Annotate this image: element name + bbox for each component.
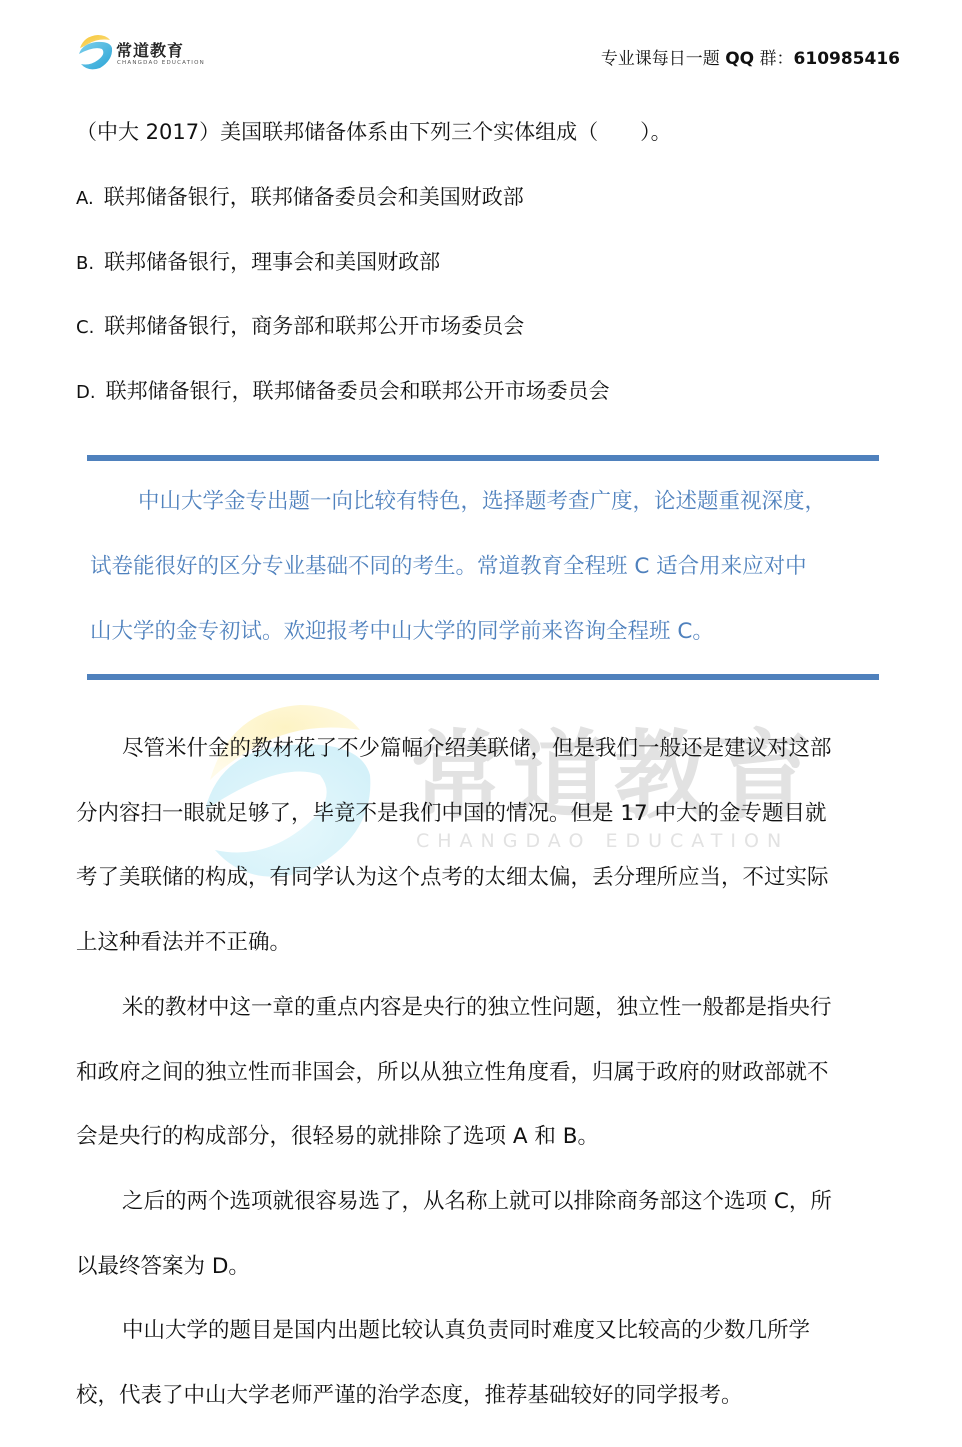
option-letter: D.	[76, 382, 96, 403]
option-text: 联邦储备银行，联邦储备委员会和联邦公开市场委员会	[106, 379, 610, 403]
option-text: 联邦储备银行，商务部和联邦公开市场委员会	[104, 314, 524, 338]
option-d: D.联邦储备银行，联邦储备委员会和联邦公开市场委员会	[76, 375, 610, 405]
analysis-line: 中山大学的题目是国内出题比较认真负责同时难度又比较高的少数几所学	[76, 1313, 810, 1344]
analysis-line: 尽管米什金的教材花了不少篇幅介绍美联储，但是我们一般还是建议对这部	[76, 731, 832, 762]
analysis-line: 米的教材中这一章的重点内容是央行的独立性问题，独立性一般都是指央行	[76, 990, 832, 1021]
callout-line: 试卷能很好的区分专业基础不同的考生。常道教育全程班 C 适合用来应对中	[90, 549, 807, 580]
option-letter: B.	[76, 253, 94, 274]
brand-name-cn: 常道教育	[116, 38, 184, 61]
analysis-line: 之后的两个选项就很容易选了，从名称上就可以排除商务部这个选项 C，所	[76, 1184, 832, 1215]
analysis-line: 分内容扫一眼就足够了，毕竟不是我们中国的情况。但是 17 中大的金专题目就	[76, 796, 827, 827]
brand-logo: 常道教育 CHANGDAO EDUCATION	[76, 32, 206, 74]
option-b: B.联邦储备银行，理事会和美国财政部	[76, 246, 440, 276]
changdao-logo-icon	[76, 32, 114, 72]
analysis-line: 会是央行的构成部分，很轻易的就排除了选项 A 和 B。	[76, 1119, 599, 1150]
callout-top-divider	[87, 455, 879, 461]
option-text: 联邦储备银行，理事会和美国财政部	[104, 250, 440, 274]
option-text: 联邦储备银行，联邦储备委员会和美国财政部	[104, 185, 524, 209]
page-header: 常道教育 CHANGDAO EDUCATION 专业课每日一题 QQ 群：610…	[0, 0, 962, 90]
callout-line: 中山大学金专出题一向比较有特色，选择题考查广度，论述题重视深度，	[138, 484, 826, 515]
qq-group-label: 群：	[754, 49, 793, 69]
option-letter: C.	[76, 317, 94, 338]
qq-label: 专业课每日一题	[601, 49, 725, 69]
option-letter: A.	[76, 188, 94, 209]
analysis-line: 校，代表了中山大学老师严谨的治学态度，推荐基础较好的同学报考。	[76, 1378, 743, 1409]
watermark-text-en: CHANGDAO EDUCATION	[416, 830, 789, 852]
analysis-line: 以最终答案为 D。	[76, 1249, 250, 1280]
callout-line: 山大学的金专初试。欢迎报考中山大学的同学前来咨询全程班 C。	[90, 614, 714, 645]
analysis-line: 考了美联储的构成，有同学认为这个点考的太细太偏，丢分理所应当，不过实际	[76, 860, 829, 891]
option-c: C.联邦储备银行，商务部和联邦公开市场委员会	[76, 310, 524, 340]
analysis-line: 上这种看法并不正确。	[76, 925, 291, 956]
option-a: A.联邦储备银行，联邦储备委员会和美国财政部	[76, 181, 524, 211]
brand-name-en: CHANGDAO EDUCATION	[117, 60, 205, 66]
question-title: （中大 2017）美国联邦储备体系由下列三个实体组成（ ）。	[76, 116, 672, 146]
analysis-line: 和政府之间的独立性而非国会，所以从独立性角度看，归属于政府的财政部就不	[76, 1055, 829, 1086]
callout-bottom-divider	[87, 674, 879, 680]
qq-group-info: 专业课每日一题 QQ 群：610985416	[601, 44, 900, 69]
qq-number: 610985416	[794, 49, 900, 69]
qq-prefix: QQ	[725, 49, 754, 69]
